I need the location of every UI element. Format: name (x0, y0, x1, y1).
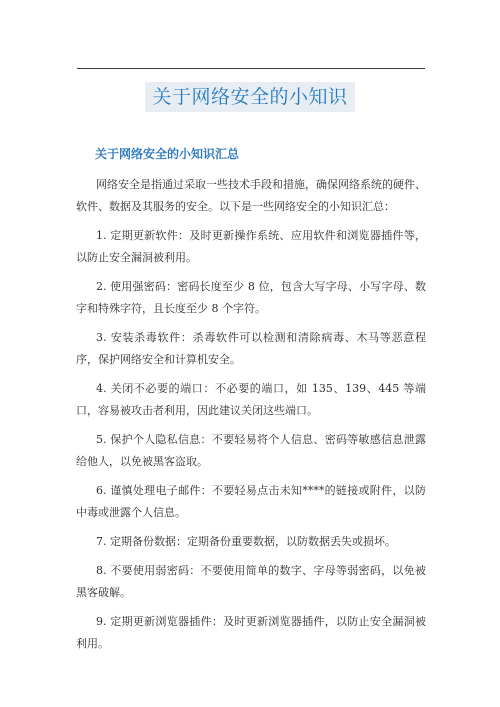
knowledge-item-6: 6. 谨慎处理电子邮件：不要轻易点击未知****的链接或附件，以防中毒或泄露个人… (76, 480, 426, 524)
page-title: 关于网络安全的小知识 (145, 82, 354, 112)
knowledge-item-8: 8. 不要使用弱密码：不要使用简单的数字、字母等弱密码，以免被黑客破解。 (76, 560, 426, 604)
divider-line (77, 68, 425, 69)
article-body: 网络安全是指通过采取一些技术手段和措施，确保网络系统的硬件、软件、数据及其服务的… (76, 174, 426, 655)
knowledge-item-3: 3. 安装杀毒软件：杀毒软件可以检测和清除病毒、木马等恶意程序，保护网络安全和计… (76, 327, 426, 371)
knowledge-item-2: 2. 使用强密码：密码长度至少 8 位，包含大写字母、小写字母、数字和特殊字符，… (76, 276, 426, 320)
document-page: 关于网络安全的小知识 关于网络安全的小知识汇总 网络安全是指通过采取一些技术手段… (0, 0, 500, 707)
knowledge-item-5: 5. 保护个人隐私信息：不要轻易将个人信息、密码等敏感信息泄露给他人，以免被黑客… (76, 429, 426, 473)
intro-paragraph: 网络安全是指通过采取一些技术手段和措施，确保网络系统的硬件、软件、数据及其服务的… (76, 174, 426, 218)
title-row: 关于网络安全的小知识 (0, 82, 500, 112)
knowledge-item-9: 9. 定期更新浏览器插件：及时更新浏览器插件，以防止安全漏洞被利用。 (76, 611, 426, 655)
knowledge-item-7: 7. 定期备份数据：定期备份重要数据，以防数据丢失或损坏。 (76, 531, 426, 553)
knowledge-item-4: 4. 关闭不必要的端口：不必要的端口，如 135、139、445 等端口，容易被… (76, 378, 426, 422)
knowledge-item-1: 1. 定期更新软件：及时更新操作系统、应用软件和浏览器插件等，以防止安全漏洞被利… (76, 225, 426, 269)
section-heading: 关于网络安全的小知识汇总 (95, 147, 239, 162)
